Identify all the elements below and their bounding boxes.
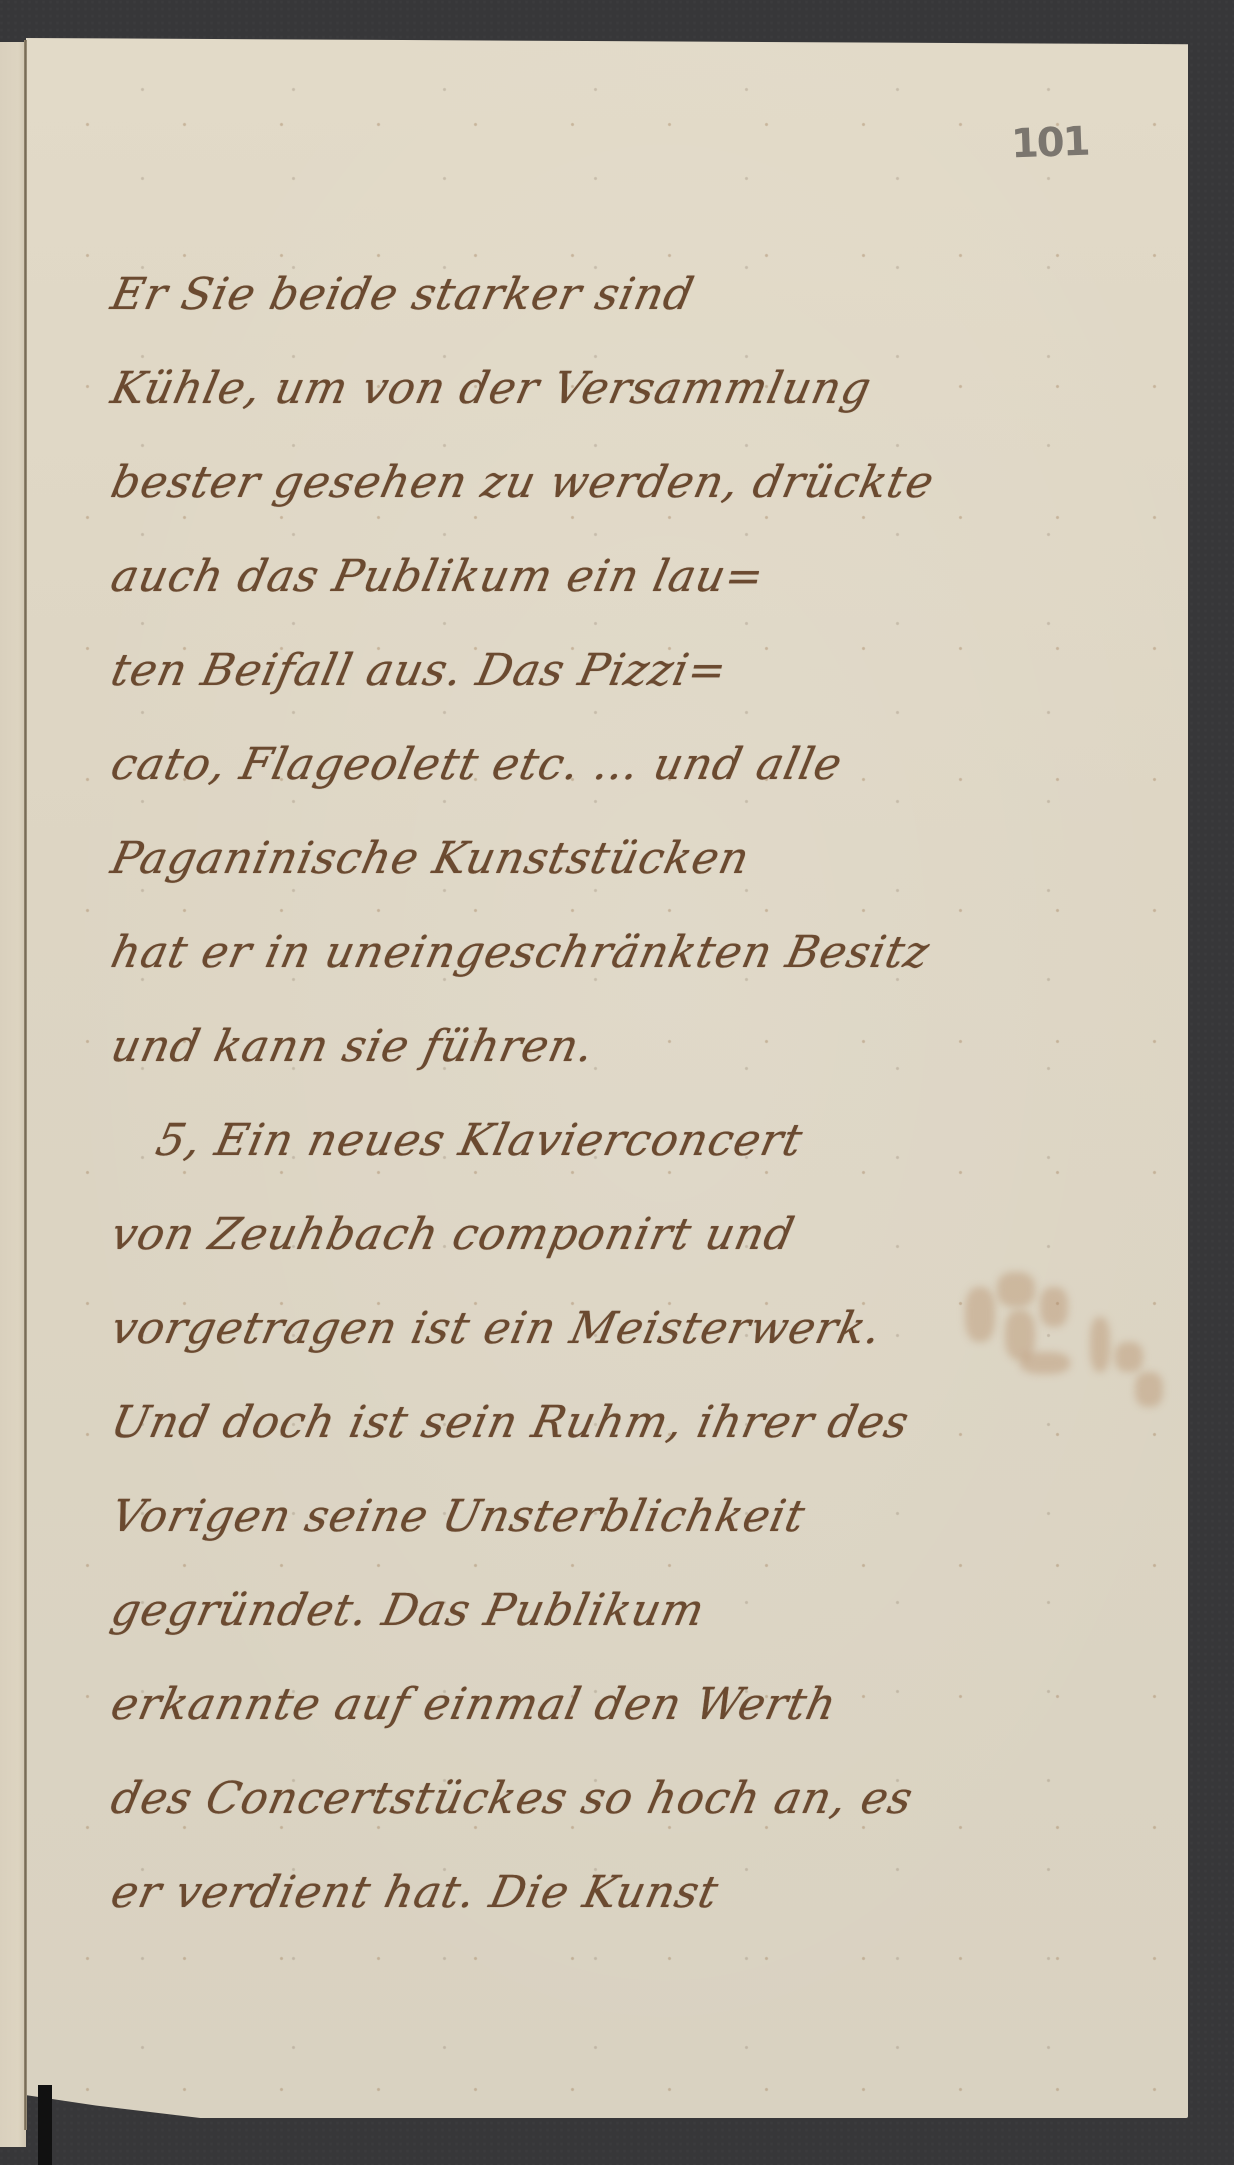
- manuscript-line: ten Beifall aus. Das Pizzi=: [102, 624, 1142, 718]
- manuscript-line: hat er in uneingeschränkten Besitz: [102, 906, 1142, 1000]
- manuscript-line: von Zeuhbach componirt und: [102, 1188, 1142, 1282]
- manuscript-line: Paganinische Kunststücken: [102, 812, 1142, 906]
- manuscript-line: auch das Publikum ein lau=: [102, 530, 1142, 624]
- manuscript-line: Kühle, um von der Versammlung: [102, 342, 1142, 436]
- manuscript-text: Er Sie beide starker sind Kühle, um von …: [112, 248, 1132, 1940]
- folio-number: 101: [1010, 119, 1089, 168]
- spine-shadow: [38, 2085, 52, 2165]
- manuscript-line: Er Sie beide starker sind: [102, 248, 1142, 342]
- manuscript-line: bester gesehen zu werden, drückte: [102, 436, 1142, 530]
- book-gutter: [24, 40, 27, 2130]
- manuscript-line: gegründet. Das Publikum: [102, 1564, 1142, 1658]
- previous-page-edge: [0, 42, 26, 2147]
- manuscript-line: er verdient hat. Die Kunst: [102, 1846, 1142, 1940]
- manuscript-line: 5, Ein neues Klavierconcert: [102, 1094, 1142, 1188]
- manuscript-line: cato, Flageolett etc. … und alle: [102, 718, 1142, 812]
- manuscript-line: Und doch ist sein Ruhm, ihrer des: [102, 1376, 1142, 1470]
- manuscript-line: des Concertstückes so hoch an, es: [102, 1752, 1142, 1846]
- manuscript-line: Vorigen seine Unsterblichkeit: [102, 1470, 1142, 1564]
- manuscript-line: erkannte auf einmal den Werth: [102, 1658, 1142, 1752]
- manuscript-line: vorgetragen ist ein Meisterwerk.: [102, 1282, 1142, 1376]
- manuscript-line: und kann sie führen.: [102, 1000, 1142, 1094]
